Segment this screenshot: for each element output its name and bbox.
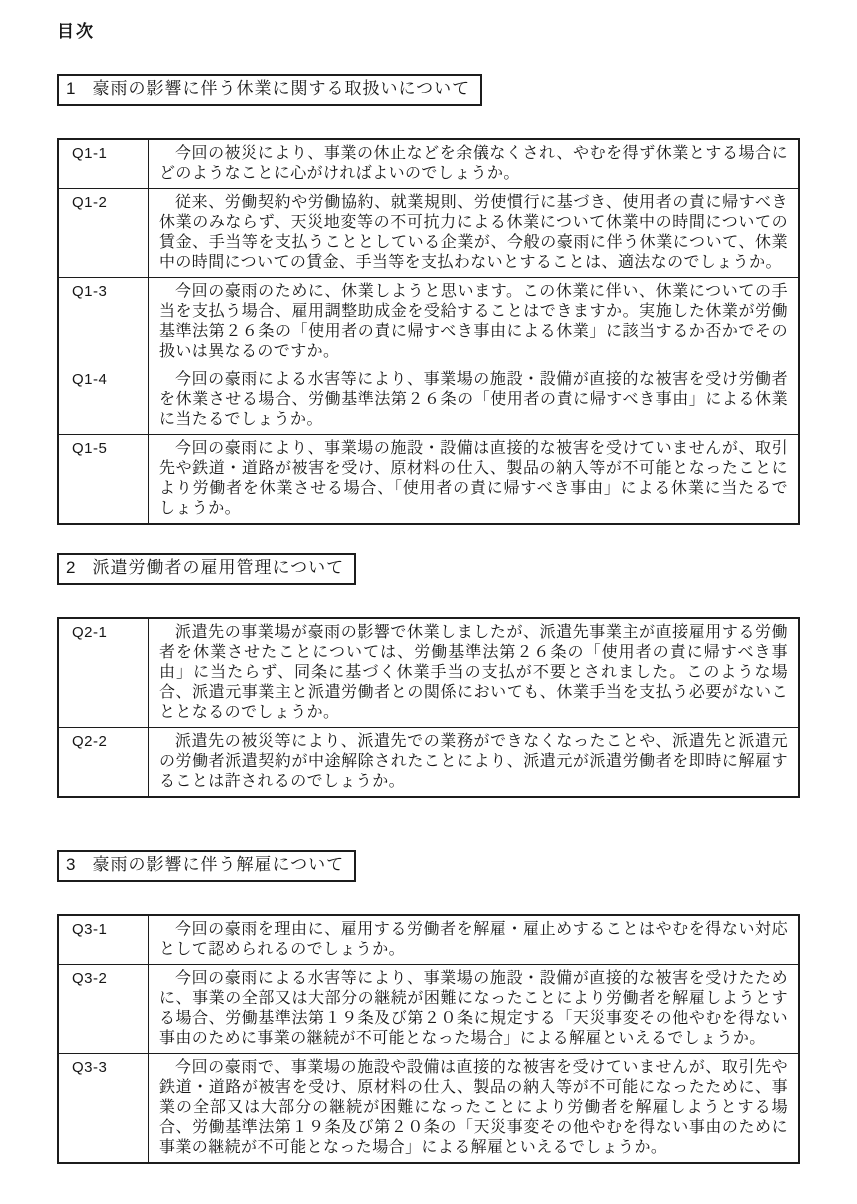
section-3-number: 3 [66, 854, 76, 876]
question-text: 今回の被災により、事業の休止などを余儀なくされ、やむを得ず休業とする場合にどのよ… [149, 140, 798, 188]
question-id: Q1-3 [59, 278, 149, 366]
table-row-q1-4: Q1-4 今回の豪雨による水害等により、事業場の施設・設備が直接的な被害を受け労… [59, 366, 798, 434]
question-text: 今回の豪雨のために、休業しようと思います。この休業に伴い、休業についての手当を支… [149, 278, 798, 366]
question-id: Q3-2 [59, 965, 149, 1053]
section-1-heading: 1豪雨の影響に伴う休業に関する取扱いについて [57, 74, 482, 106]
table-row-q3-1: Q3-1 今回の豪雨を理由に、雇用する労働者を解雇・雇止めすることはやむを得ない… [59, 916, 798, 964]
page-title: 目次 [57, 20, 800, 44]
section-1-number: 1 [66, 78, 76, 100]
table-row-q1-1: Q1-1 今回の被災により、事業の休止などを余儀なくされ、やむを得ず休業とする場… [59, 140, 798, 188]
section-2-table: Q2-1 派遣先の事業場が豪雨の影響で休業しましたが、派遣先事業主が直接雇用する… [57, 617, 800, 798]
question-text: 今回の豪雨による水害等により、事業場の施設・設備が直接的な被害を受けたために、事… [149, 965, 798, 1053]
section-3-title: 豪雨の影響に伴う解雇について [92, 855, 344, 874]
question-text: 今回の豪雨による水害等により、事業場の施設・設備が直接的な被害を受け労働者を休業… [149, 366, 798, 434]
section-3-table: Q3-1 今回の豪雨を理由に、雇用する労働者を解雇・雇止めすることはやむを得ない… [57, 914, 800, 1164]
question-id: Q1-5 [59, 435, 149, 523]
table-row-q2-1: Q2-1 派遣先の事業場が豪雨の影響で休業しましたが、派遣先事業主が直接雇用する… [59, 619, 798, 727]
question-id: Q3-3 [59, 1054, 149, 1162]
section-3-heading: 3豪雨の影響に伴う解雇について [57, 850, 356, 882]
question-text: 派遣先の事業場が豪雨の影響で休業しましたが、派遣先事業主が直接雇用する労働者を休… [149, 619, 798, 727]
toc-document-page: 目次 1豪雨の影響に伴う休業に関する取扱いについて Q1-1 今回の被災により、… [0, 0, 857, 1204]
question-id: Q1-2 [59, 189, 149, 277]
question-text: 派遣先の被災等により、派遣先での業務ができなくなったことや、派遣先と派遣元の労働… [149, 728, 798, 796]
section-2-heading: 2派遣労働者の雇用管理について [57, 553, 356, 585]
section-1-title: 豪雨の影響に伴う休業に関する取扱いについて [92, 79, 470, 98]
table-row-q1-3: Q1-3 今回の豪雨のために、休業しようと思います。この休業に伴い、休業について… [59, 277, 798, 366]
question-text: 従来、労働契約や労働協約、就業規則、労使慣行に基づき、使用者の責に帰すべき休業の… [149, 189, 798, 277]
question-id: Q3-1 [59, 916, 149, 964]
question-text: 今回の豪雨を理由に、雇用する労働者を解雇・雇止めすることはやむを得ない対応として… [149, 916, 798, 964]
question-id: Q2-1 [59, 619, 149, 727]
section-2-title: 派遣労働者の雇用管理について [92, 558, 344, 577]
question-id: Q2-2 [59, 728, 149, 796]
section-2-number: 2 [66, 557, 76, 579]
question-text: 今回の豪雨で、事業場の施設や設備は直接的な被害を受けていませんが、取引先や鉄道・… [149, 1054, 798, 1162]
section-1-table: Q1-1 今回の被災により、事業の休止などを余儀なくされ、やむを得ず休業とする場… [57, 138, 800, 525]
table-row-q3-2: Q3-2 今回の豪雨による水害等により、事業場の施設・設備が直接的な被害を受けた… [59, 964, 798, 1053]
question-id: Q1-4 [59, 366, 149, 434]
question-id: Q1-1 [59, 140, 149, 188]
table-row-q2-2: Q2-2 派遣先の被災等により、派遣先での業務ができなくなったことや、派遣先と派… [59, 727, 798, 796]
table-row-q1-2: Q1-2 従来、労働契約や労働協約、就業規則、労使慣行に基づき、使用者の責に帰す… [59, 188, 798, 277]
table-row-q1-5: Q1-5 今回の豪雨により、事業場の施設・設備は直接的な被害を受けていませんが、… [59, 434, 798, 523]
table-row-q3-3: Q3-3 今回の豪雨で、事業場の施設や設備は直接的な被害を受けていませんが、取引… [59, 1053, 798, 1162]
question-text: 今回の豪雨により、事業場の施設・設備は直接的な被害を受けていませんが、取引先や鉄… [149, 435, 798, 523]
